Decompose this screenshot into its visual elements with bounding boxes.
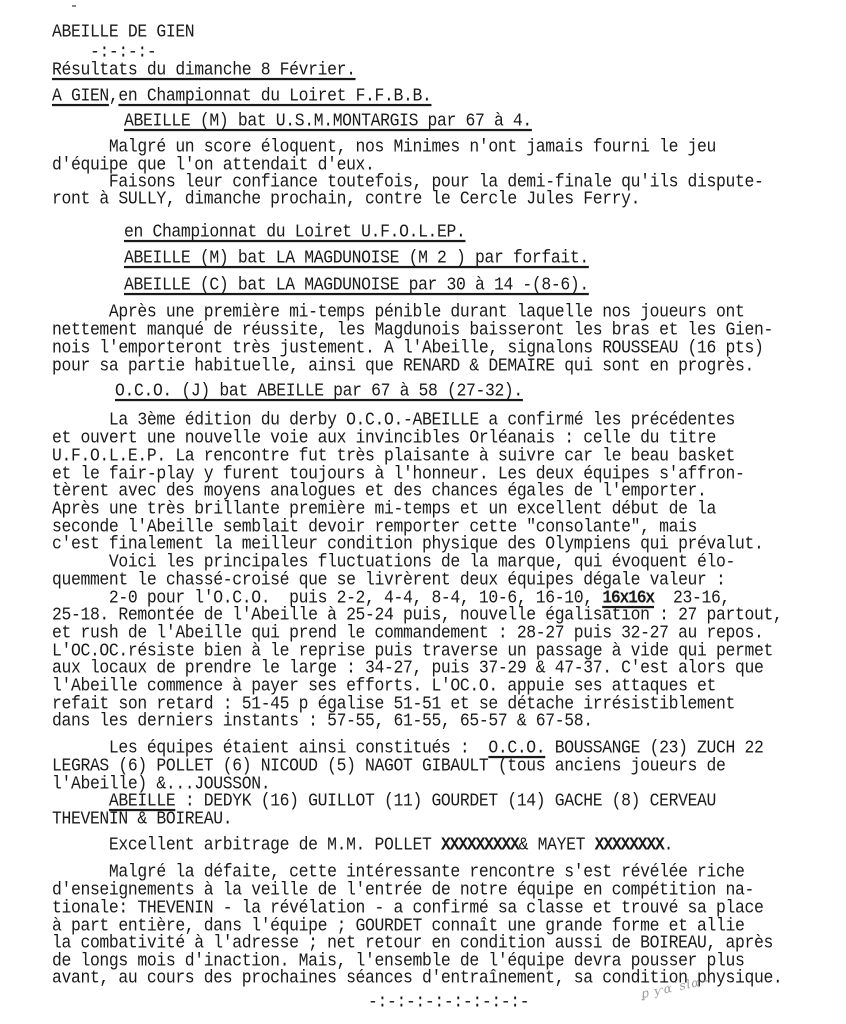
section2-heading: en Championnat du Loiret U.F.O.L.EP.: [124, 222, 466, 242]
referee-line: Excellent arbitrage de M.M. POLLET XXXXX…: [52, 835, 673, 855]
match-result-2: ABEILLE (M) bat LA MAGDUNOISE (M 2 ) par…: [124, 248, 589, 268]
referee-text: Excellent arbitrage de M.M. POLLET: [52, 834, 441, 855]
team-players: : DEDYK (16) GUILLOT (11) GOURDET (14) G…: [175, 790, 716, 811]
results-heading: Résultats du dimanche 8 Février.: [52, 60, 356, 80]
match-result-1: ABEILLE (M) bat U.S.M.MONTARGIS par 67 à…: [124, 111, 532, 131]
text-line: dans les derniers instants : 57-55, 61-5…: [52, 711, 593, 731]
scan-speck: [72, 5, 76, 7]
document-title: ABEILLE DE GIEN: [52, 22, 194, 42]
heading-place: A GIEN: [52, 85, 109, 106]
text-line: THEVENIN & BOIREAU.: [52, 809, 232, 829]
referee-text: .: [664, 834, 674, 855]
referee-text: & MAYET: [519, 834, 595, 855]
struck-out-text: XXXXXXXX: [595, 834, 664, 855]
text-line: pour sa partie habituelle, ainsi que REN…: [52, 356, 754, 376]
match-result-4: O.C.O. (J) bat ABEILLE par 67 à 58 (27-3…: [115, 381, 523, 401]
match-result-3: ABEILLE (C) bat LA MAGDUNOISE par 30 à 1…: [124, 275, 589, 295]
heading-championship: en Championnat du Loiret F.F.B.B.: [118, 85, 431, 106]
footer-separator: -:-:-:-:-:-:-:-:-: [368, 992, 529, 1012]
section1-heading: A GIEN,en Championnat du Loiret F.F.B.B.: [52, 86, 431, 106]
struck-out-text: XXXXXXXXX: [441, 834, 519, 855]
text-line: ront à SULLY, dimanche prochain, contre …: [52, 189, 640, 209]
